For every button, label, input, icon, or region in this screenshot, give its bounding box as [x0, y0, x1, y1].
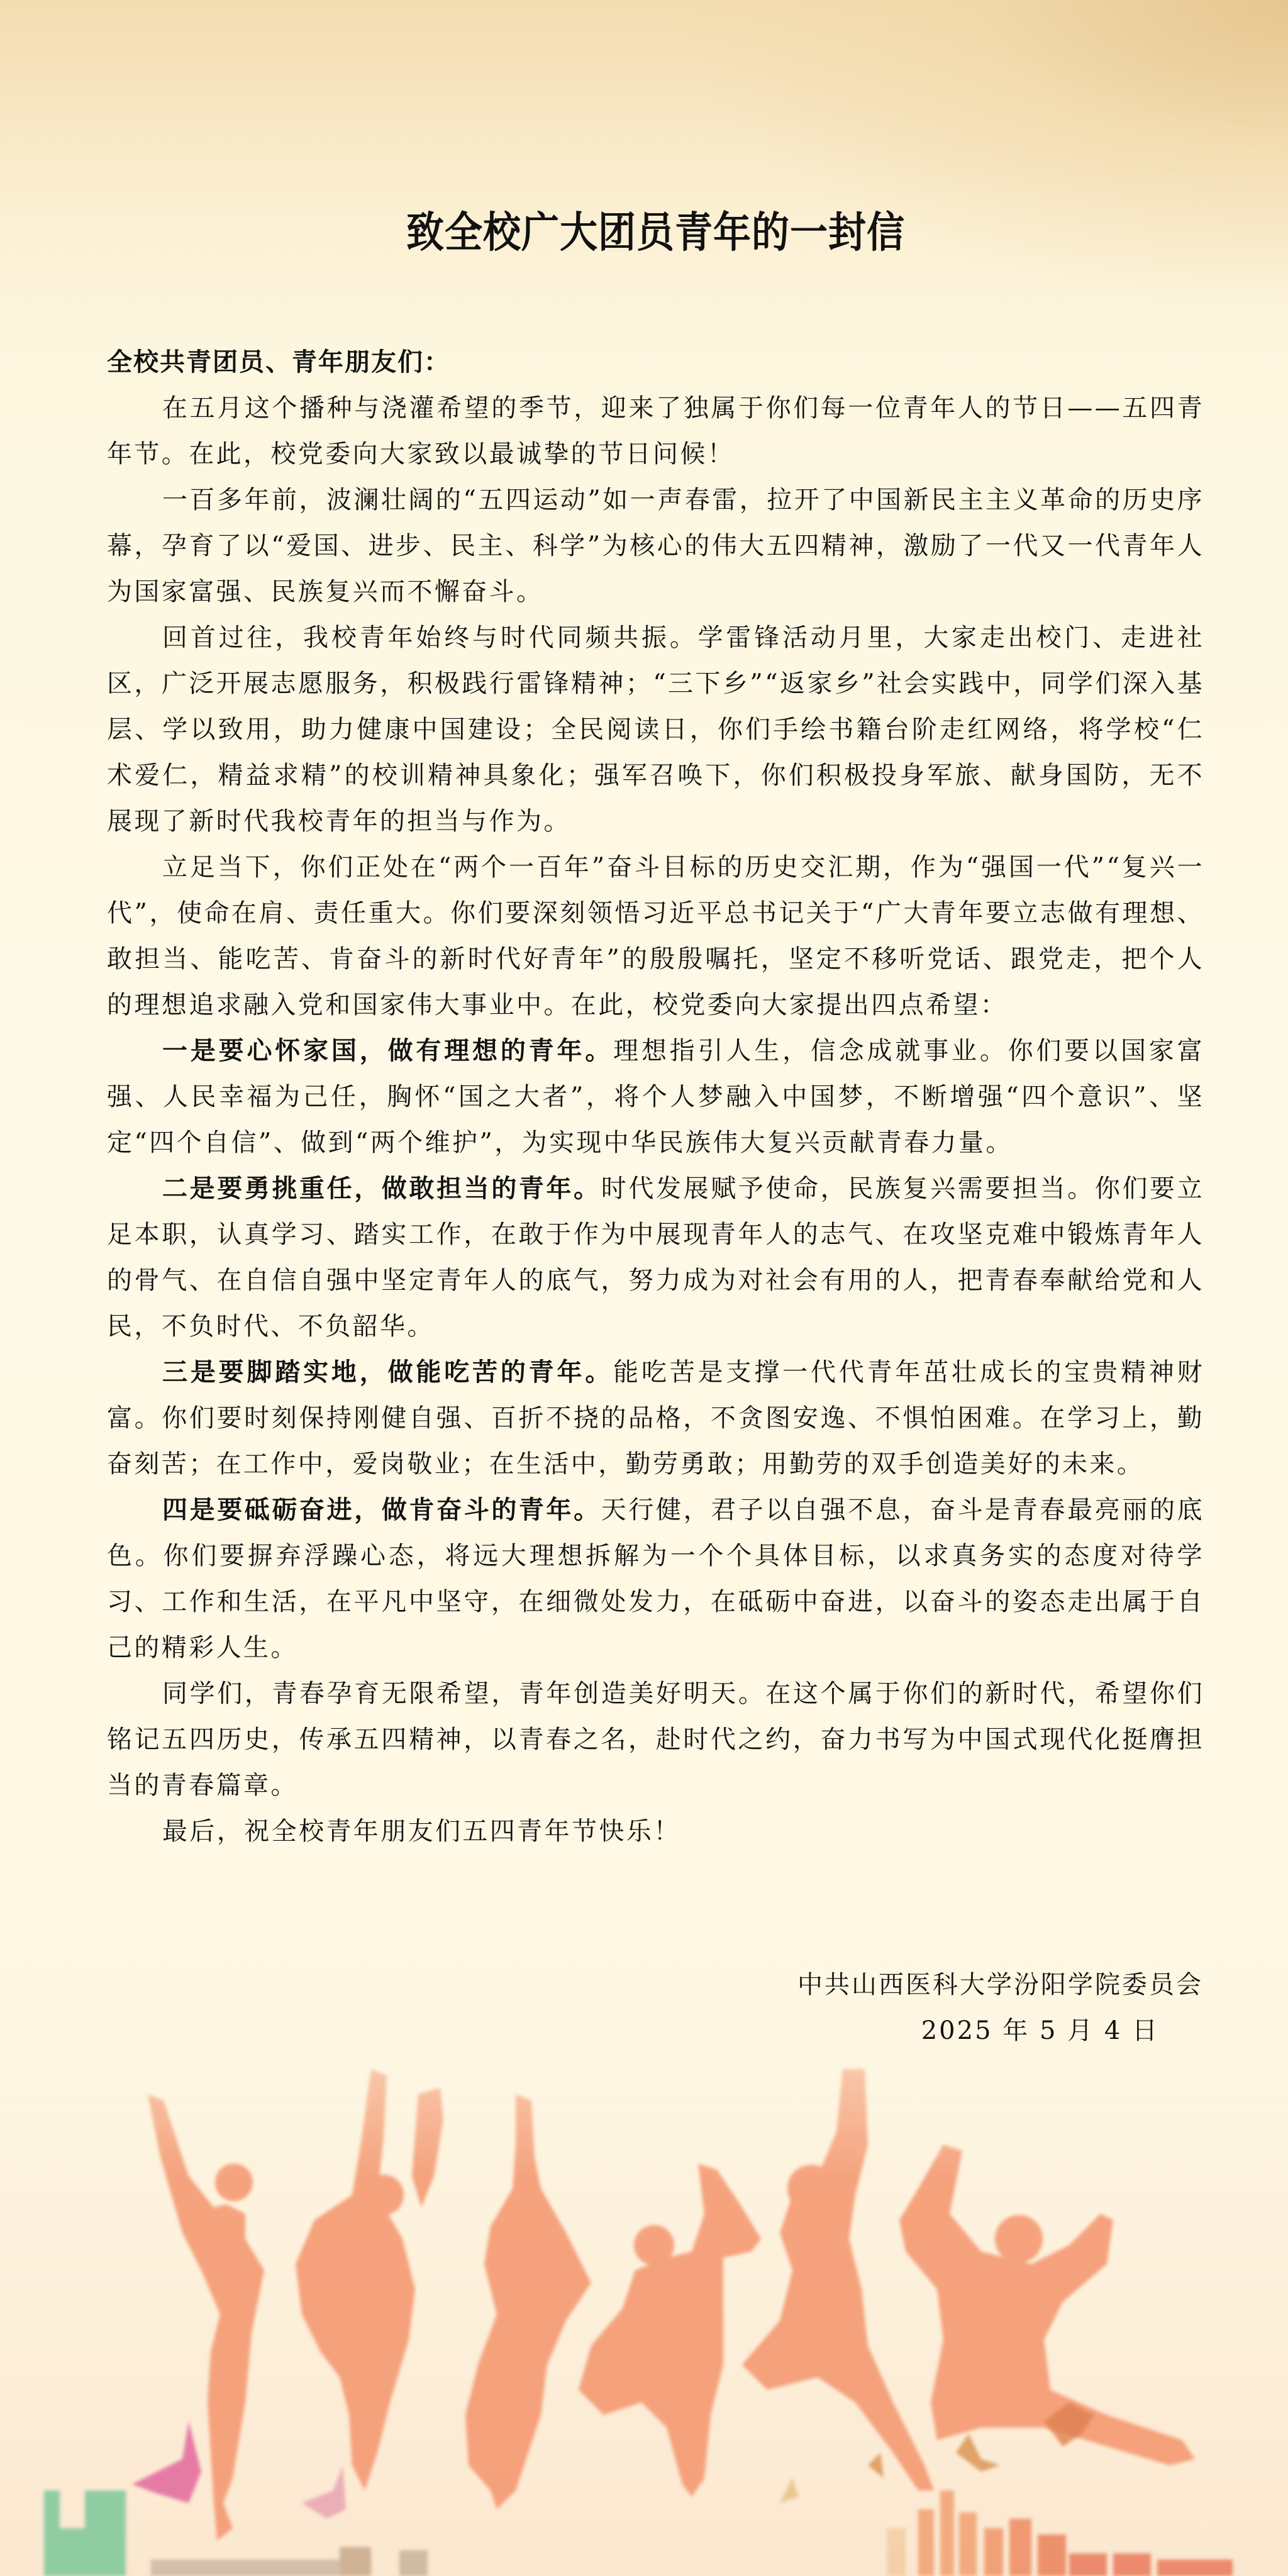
signature-date: 2025 年 5 月 4 日 [797, 2008, 1203, 2054]
paragraph-text: 最后，祝全校青年朋友们五四青年节快乐！ [162, 1817, 681, 1846]
paragraph-text: 同学们，青春孕育无限希望，青年创造美好明天。在这个属于你们的新时代，希望你们铭记… [107, 1679, 1204, 1800]
jumping-youth-illustration [0, 2050, 1288, 2576]
paragraph-greeting: 在五月这个播种与浇灌希望的季节，迎来了独属于你们每一位青年人的节日——五四青年节… [107, 386, 1204, 477]
hope-heading: 三是要脚踏实地，做能吃苦的青年。 [162, 1358, 613, 1387]
paragraph-hope-2: 二是要勇挑重任，做敢担当的青年。时代发展赋予使命，民族复兴需要担当。你们要立足本… [107, 1166, 1204, 1350]
paragraph-present: 立足当下，你们正处在“两个一百年”奋斗目标的历史交汇期，作为“强国一代”“复兴一… [107, 845, 1204, 1028]
paragraph-hope-1: 一是要心怀家国，做有理想的青年。理想指引人生，信念成就事业。你们要以国家富强、人… [107, 1028, 1204, 1166]
hope-heading: 一是要心怀家国，做有理想的青年。 [162, 1036, 613, 1065]
paragraph-text: 一百多年前，波澜壮阔的“五四运动”如一声春雷，拉开了中国新民主主义革命的历史序幕… [107, 486, 1204, 606]
paragraph-hope-3: 三是要脚踏实地，做能吃苦的青年。能吃苦是支撑一代代青年茁壮成长的宝贵精神财富。你… [107, 1350, 1204, 1487]
signature-block: 中共山西医科大学汾阳学院委员会 2025 年 5 月 4 日 [797, 1962, 1203, 2054]
paragraph-hope-4: 四是要砥砺奋进，做肯奋斗的青年。天行健，君子以自强不息，奋斗是青春最亮丽的底色。… [107, 1487, 1204, 1671]
paragraph-wishes: 最后，祝全校青年朋友们五四青年节快乐！ [107, 1809, 1204, 1855]
salutation: 全校共青团员、青年朋友们： [107, 340, 1204, 386]
paragraph-text: 立足当下，你们正处在“两个一百年”奋斗目标的历史交汇期，作为“强国一代”“复兴一… [107, 853, 1204, 1019]
hope-heading: 二是要勇挑重任，做敢担当的青年。 [162, 1174, 601, 1203]
signature-organization: 中共山西医科大学汾阳学院委员会 [797, 1962, 1203, 2008]
hope-heading: 四是要砥砺奋进，做肯奋斗的青年。 [162, 1496, 601, 1524]
letter-title: 致全校广大团员青年的一封信 [107, 204, 1204, 261]
paragraph-review: 回首过往，我校青年始终与时代同频共振。学雷锋活动月里，大家走出校门、走进社区，广… [107, 615, 1204, 845]
paragraph-closing: 同学们，青春孕育无限希望，青年创造美好明天。在这个属于你们的新时代，希望你们铭记… [107, 1671, 1204, 1809]
paragraph-history: 一百多年前，波澜壮阔的“五四运动”如一声春雷，拉开了中国新民主主义革命的历史序幕… [107, 477, 1204, 615]
letter: 致全校广大团员青年的一封信 全校共青团员、青年朋友们： 在五月这个播种与浇灌希望… [107, 208, 1204, 1855]
paragraph-text: 回首过往，我校青年始终与时代同频共振。学雷锋活动月里，大家走出校门、走进社区，广… [107, 623, 1204, 836]
paragraph-text: 在五月这个播种与浇灌希望的季节，迎来了独属于你们每一位青年人的节日——五四青年节… [107, 394, 1204, 469]
